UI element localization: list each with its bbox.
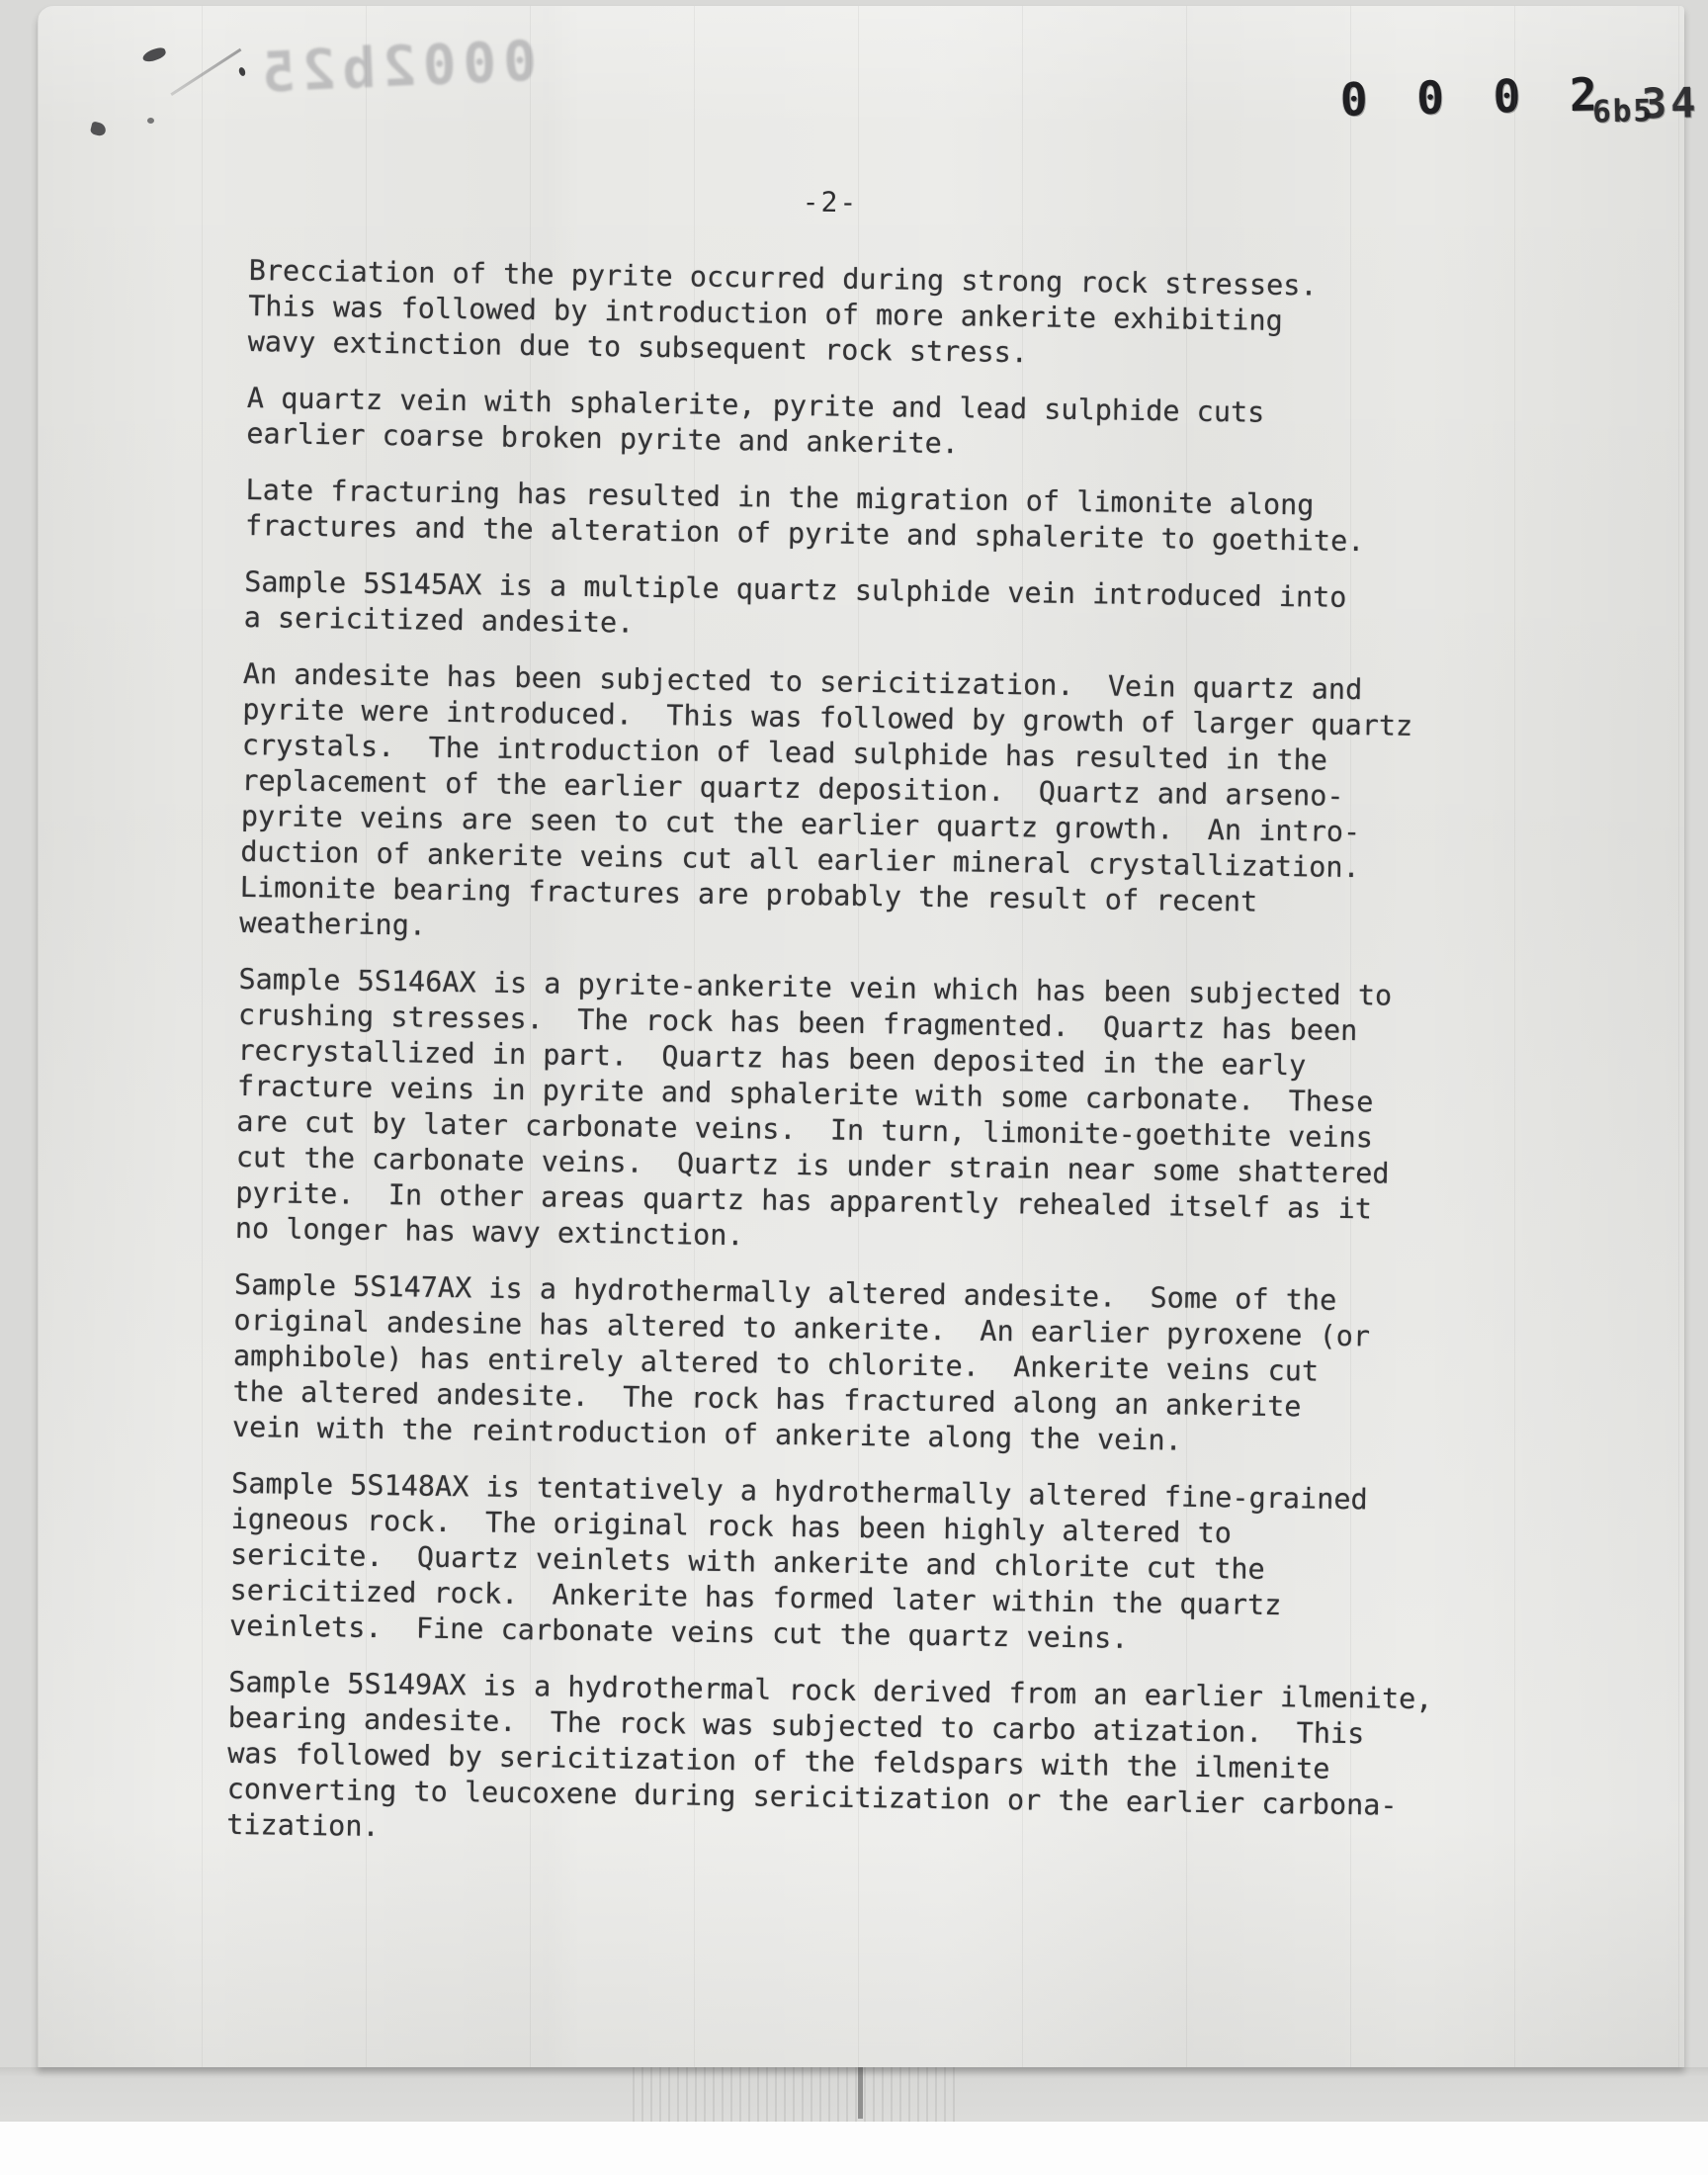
ink-blot-mark	[141, 46, 167, 64]
ink-dot-mark	[147, 118, 154, 124]
paragraph-sample-5s145ax: Sample 5S145AX is a multiple quartz sulp…	[243, 565, 1499, 653]
pencil-stroke	[170, 48, 241, 96]
paragraph-sample-5s147ax: Sample 5S147AX is a hydrothermally alter…	[232, 1267, 1490, 1463]
document-body: Brecciation of the pyrite occurred durin…	[226, 253, 1504, 1881]
serial-stamp-large-digits: 0 0 0 2	[1339, 67, 1608, 127]
paper-sheet: 0002b25 0 0 0 26b534 -2- Brecciation of …	[38, 6, 1684, 2067]
pencil-slash-mark	[172, 65, 249, 99]
scan-artifact-dark-streak	[858, 2067, 863, 2119]
paragraph-brecciation: Brecciation of the pyrite occurred durin…	[247, 253, 1503, 378]
paragraph-sample-5s146ax: Sample 5S146AX is a pyrite-ankerite vein…	[235, 962, 1494, 1264]
paragraph-late-fracturing: Late fracturing has resulted in the migr…	[245, 473, 1501, 562]
page-number: -2-	[247, 182, 1413, 222]
paragraph-andesite-sericitization: An andesite has been subjected to serici…	[239, 656, 1498, 959]
serial-number-stamp: 0 0 0 26b534	[1339, 65, 1700, 135]
serial-stamp-overlap-digits: 34	[1641, 78, 1700, 128]
paragraph-sample-5s149ax: Sample 5S149AX is a hydrothermal rock de…	[226, 1665, 1484, 1861]
scanner-bed-white	[0, 2122, 1708, 2175]
paragraph-sample-5s148ax: Sample 5S148AX is tentatively a hydrothe…	[229, 1466, 1487, 1662]
ink-blot-mark	[90, 121, 108, 136]
paragraph-quartz-vein: A quartz vein with sphalerite, pyrite an…	[246, 381, 1502, 470]
scanned-page: 0002b25 0 0 0 26b534 -2- Brecciation of …	[0, 0, 1708, 2175]
bleedthrough-stamp: 0002b25	[239, 29, 539, 106]
scan-artifact-streaks	[633, 2067, 959, 2122]
pencil-tip-dot	[238, 66, 247, 77]
